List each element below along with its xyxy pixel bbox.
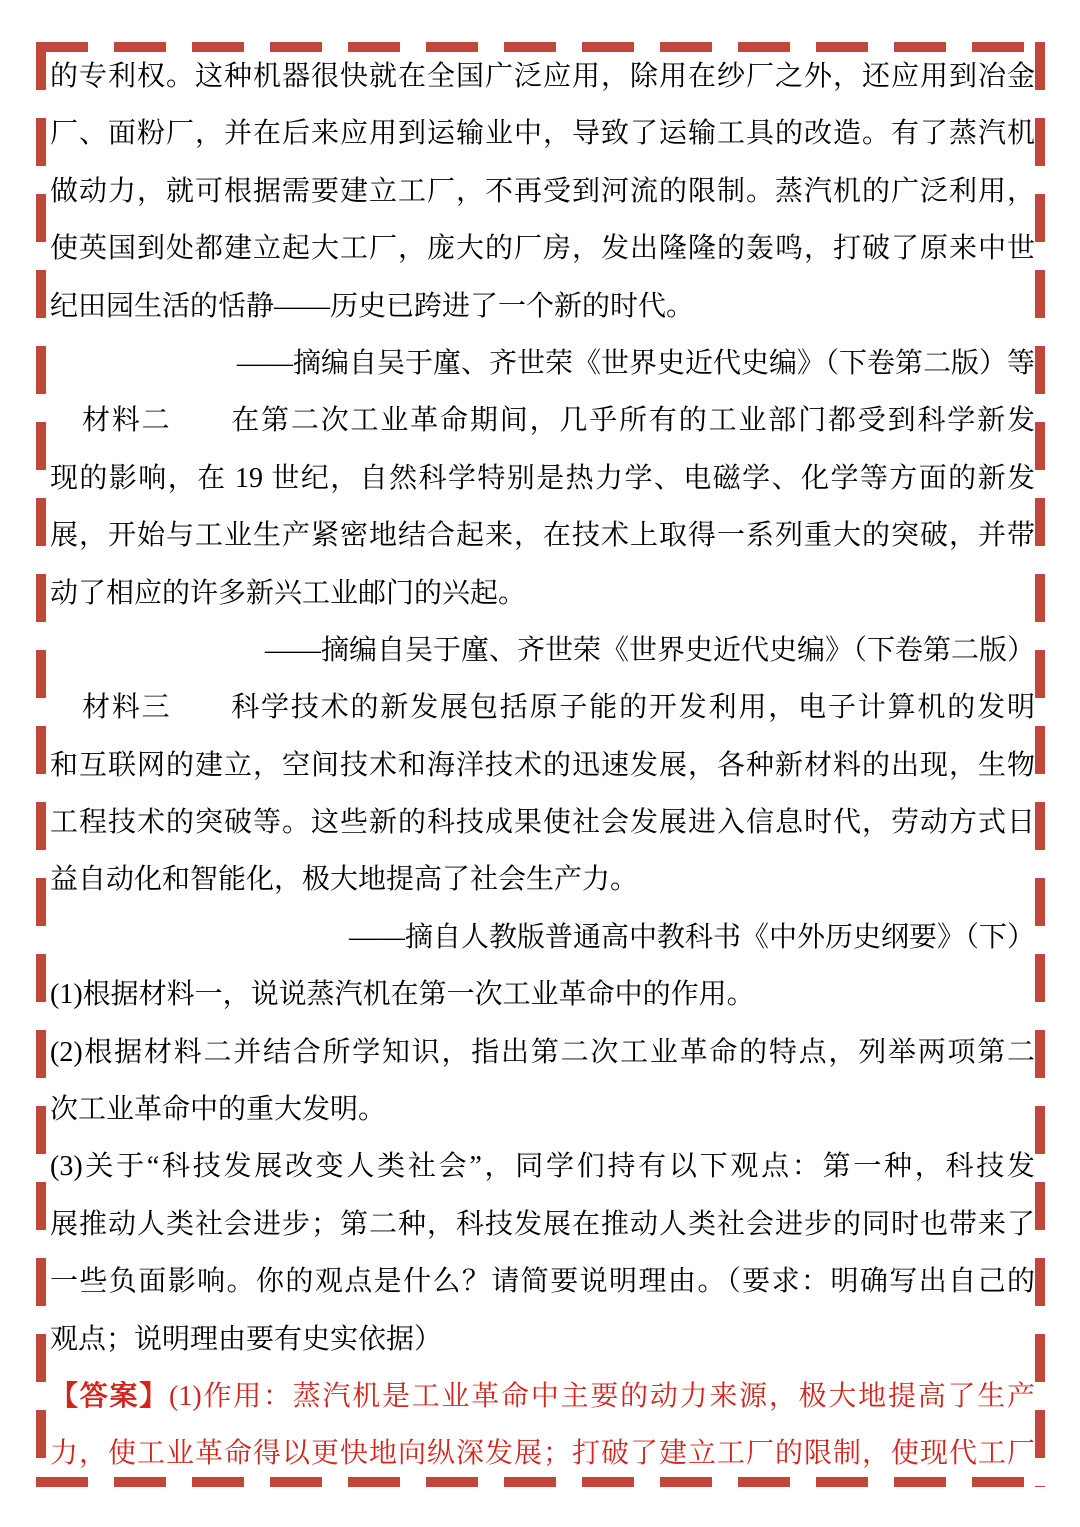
page-border-right (1035, 42, 1045, 1487)
answer-line: 【答案】(1)作用：蒸汽机是工业革命中主要的动力来源，极大地提高了生产 (50, 1368, 1035, 1425)
material1-body-line: 做动力，就可根据需要建立工厂，不再受到河流的限制。蒸汽机的广泛利用， (50, 163, 1035, 220)
material3-body-line: 工程技术的突破等。这些新的科技成果使社会发展进入信息时代，劳动方式日 (50, 794, 1035, 851)
answer-line: 力，使工业革命得以更快地向纵深发展；打破了建立工厂的限制，使现代工厂 (50, 1425, 1035, 1482)
question-3-line: 展推动人类社会进步；第二种，科技发展在推动人类社会进步的同时也带来了 (50, 1196, 1035, 1253)
material1-body-line: 纪田园生活的恬静——历史已跨进了一个新的时代。 (50, 278, 1035, 335)
material1-body-line: 使英国到处都建立起大工厂，庞大的厂房，发出隆隆的轰鸣，打破了原来中世 (50, 220, 1035, 277)
material3-source-attribution: ——摘自人教版普通高中教科书《中外历史纲要》（下） (50, 909, 1035, 966)
material1-body-line: 厂、面粉厂，并在后来应用到运输业中，导致了运输工具的改造。有了蒸汽机 (50, 105, 1035, 162)
material3-body-line: 和互联网的建立，空间技术和海洋技术的迅速发展，各种新材料的出现，生物 (50, 737, 1035, 794)
material2-body-line: 展，开始与工业生产紧密地结合起来，在技术上取得一系列重大的突破，并带 (50, 507, 1035, 564)
question-3-line: 观点；说明理由要有史实依据） (50, 1311, 1035, 1368)
material2-heading-line: 材料二 在第二次工业革命期间，几乎所有的工业部门都受到科学新发 (50, 392, 1035, 449)
material1-body-line: 的专利权。这种机器很快就在全国广泛应用，除用在纱厂之外，还应用到冶金 (50, 48, 1035, 105)
document-page: 的专利权。这种机器很快就在全国广泛应用，除用在纱厂之外，还应用到冶金 厂、面粉厂… (50, 48, 1035, 1483)
question-1-line: (1)根据材料一，说说蒸汽机在第一次工业革命中的作用。 (50, 966, 1035, 1023)
material2-source-attribution: ——摘编自吴于廑、齐世荣《世界史近代史编》（下卷第二版） (50, 622, 1035, 679)
material2-body-line: 动了相应的许多新兴工业邮门的兴起。 (50, 565, 1035, 622)
question-2-line: (2)根据材料二并结合所学知识，指出第二次工业革命的特点，列举两项第二 (50, 1024, 1035, 1081)
material2-body-line: 现的影响，在 19 世纪，自然科学特别是热力学、电磁学、化学等方面的新发 (50, 450, 1035, 507)
question-3-line: (3)关于“科技发展改变人类社会”，同学们持有以下观点：第一种，科技发 (50, 1138, 1035, 1195)
question-2-line: 次工业革命中的重大发明。 (50, 1081, 1035, 1138)
page-border-left (36, 42, 46, 1487)
material3-heading-line: 材料三 科学技术的新发展包括原子能的开发利用，电子计算机的发明 (50, 679, 1035, 736)
material3-body-line: 益自动化和智能化，极大地提高了社会生产力。 (50, 851, 1035, 908)
answer-label: 【答案】 (50, 1381, 169, 1412)
answer-text: (1)作用：蒸汽机是工业革命中主要的动力来源，极大地提高了生产 (169, 1381, 1035, 1412)
question-3-line: 一些负面影响。你的观点是什么？请简要说明理由。（要求：明确写出自己的 (50, 1253, 1035, 1310)
material1-source-attribution: ——摘编自吴于廑、齐世荣《世界史近代史编》（下卷第二版）等 (50, 335, 1035, 392)
